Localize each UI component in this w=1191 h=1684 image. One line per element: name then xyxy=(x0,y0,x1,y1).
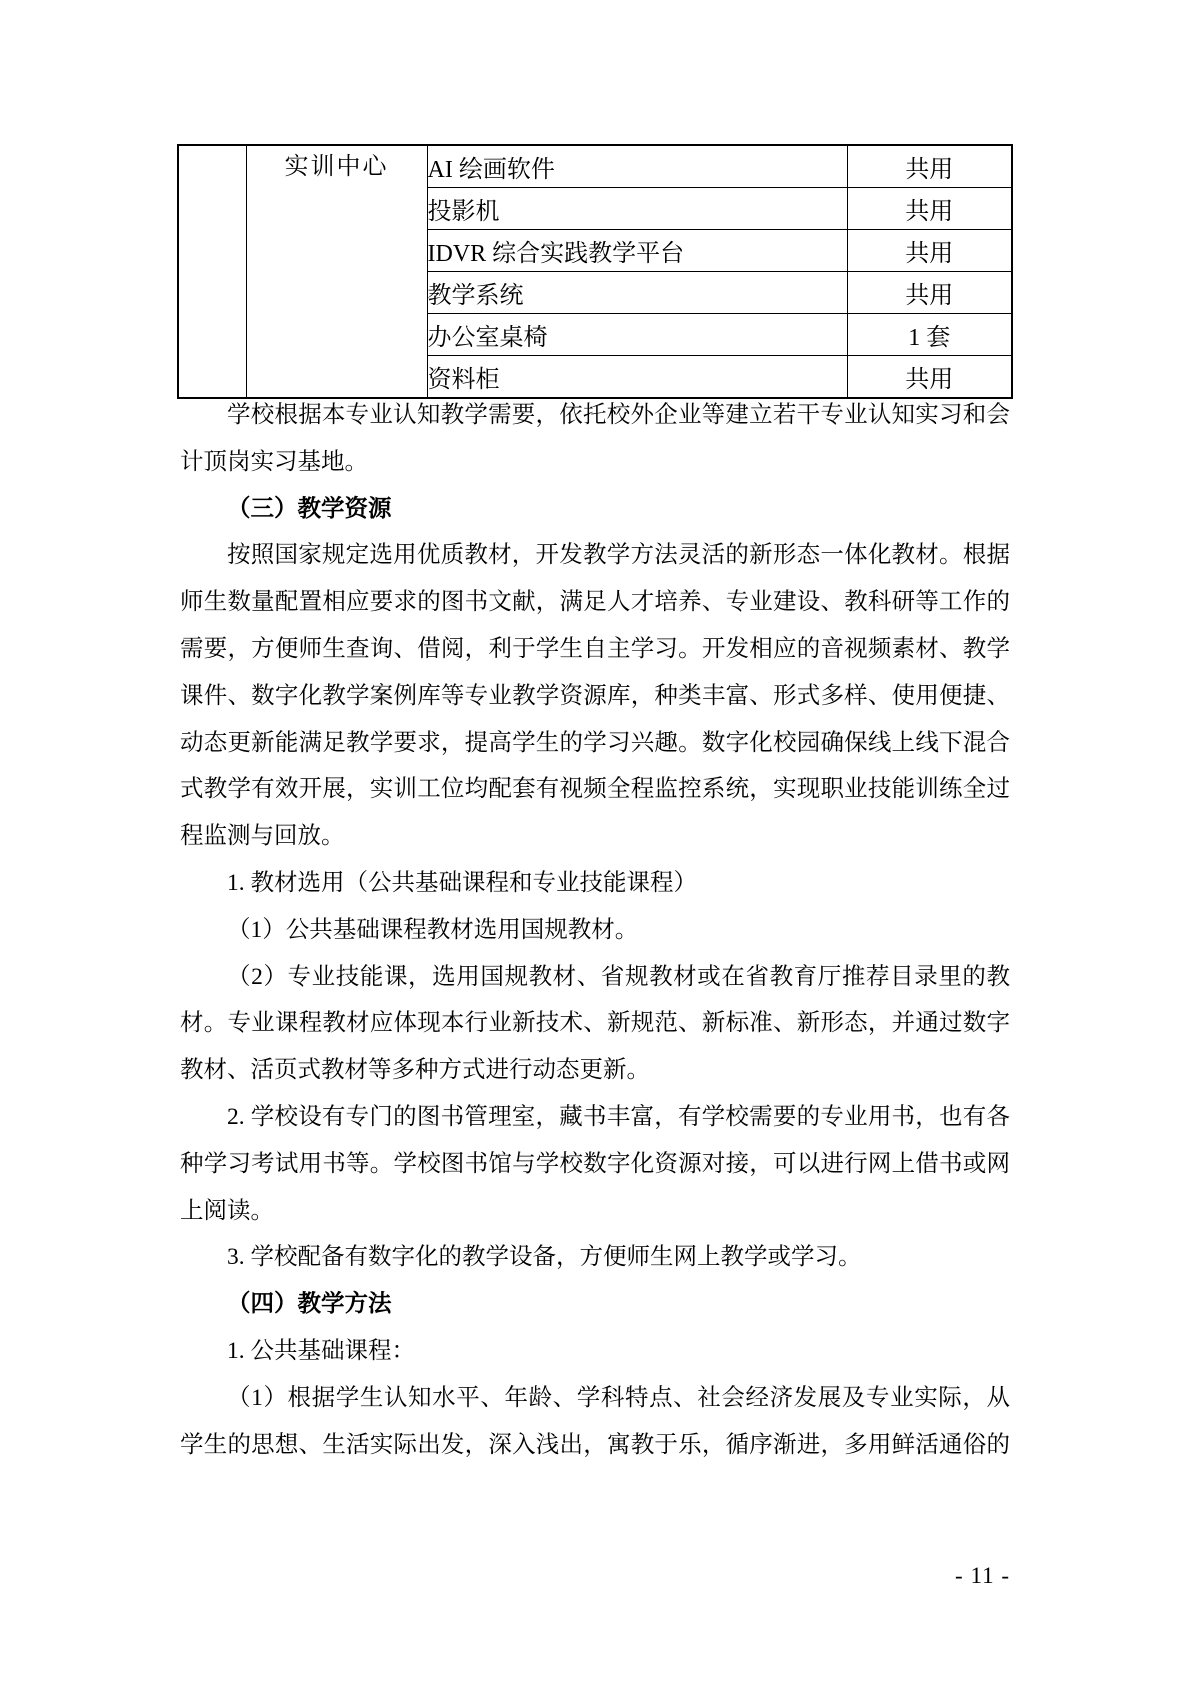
table-cell-item: 办公室桌椅 xyxy=(427,314,847,356)
paragraph-line: 动态更新能满足教学要求，提高学生的学习兴趣。数字化校园确保线上线下混合 xyxy=(180,720,1010,767)
paragraph-line: 上阅读。 xyxy=(180,1188,1010,1235)
table-row: 实训中心AI 绘画软件共用 xyxy=(178,145,1012,188)
paragraph-line: 程监测与回放。 xyxy=(180,813,1010,860)
table-cell-quantity: 1 套 xyxy=(847,314,1012,356)
table-cell-room-label: 实训中心 xyxy=(246,145,427,398)
list-item-1-1: （1）公共基础课程教材选用国规教材。 xyxy=(180,907,1010,954)
table-cell-item: IDVR 综合实践教学平台 xyxy=(427,230,847,272)
paragraph-line: 式教学有效开展，实训工位均配套有视频全程监控系统，实现职业技能训练全过 xyxy=(180,766,1010,813)
equipment-table-body: 实训中心AI 绘画软件共用投影机共用IDVR 综合实践教学平台共用教学系统共用办… xyxy=(178,145,1012,398)
section-heading-3: （三）教学资源 xyxy=(180,486,1010,533)
equipment-table: 实训中心AI 绘画软件共用投影机共用IDVR 综合实践教学平台共用教学系统共用办… xyxy=(177,144,1013,399)
table-cell-quantity: 共用 xyxy=(847,272,1012,314)
paragraph-line: 教材、活页式教材等多种方式进行动态更新。 xyxy=(180,1047,1010,1094)
paragraph-line: 师生数量配置相应要求的图书文献，满足人才培养、专业建设、教科研等工作的 xyxy=(180,579,1010,626)
paragraph-line: 课件、数字化教学案例库等专业教学资源库，种类丰富、形式多样、使用便捷、 xyxy=(180,673,1010,720)
paragraph-line: 按照国家规定选用优质教材，开发教学方法灵活的新形态一体化教材。根据 xyxy=(180,532,1010,579)
paragraph-line: 材。专业课程教材应体现本行业新技术、新规范、新标准、新形态，并通过数字 xyxy=(180,1000,1010,1047)
list-item-3: 3. 学校配备有数字化的教学设备，方便师生网上教学或学习。 xyxy=(180,1234,1010,1281)
paragraph-line: 学生的思想、生活实际出发，深入浅出，寓教于乐，循序渐进，多用鲜活通俗的 xyxy=(180,1422,1010,1469)
paragraph-line: 计顶岗实习基地。 xyxy=(180,439,1010,486)
paragraph-line: 学校根据本专业认知教学需要，依托校外企业等建立若干专业认知实习和会 xyxy=(180,392,1010,439)
page-number: - 11 - xyxy=(180,1560,1010,1592)
table-cell-quantity: 共用 xyxy=(847,188,1012,230)
list-item-2: 2. 学校设有专门的图书管理室，藏书丰富，有学校需要的专业用书，也有各 xyxy=(180,1094,1010,1141)
table-cell-empty xyxy=(178,145,246,398)
list-item-1b-1: （1）根据学生认知水平、年龄、学科特点、社会经济发展及专业实际，从 xyxy=(180,1375,1010,1422)
body-text: 学校根据本专业认知教学需要，依托校外企业等建立若干专业认知实习和会计顶岗实习基地… xyxy=(180,392,1010,1468)
table-cell-quantity: 共用 xyxy=(847,145,1012,188)
table-cell-item: 投影机 xyxy=(427,188,847,230)
list-item-1: 1. 教材选用（公共基础课程和专业技能课程） xyxy=(180,860,1010,907)
table-cell-item: 教学系统 xyxy=(427,272,847,314)
list-item-1-2: （2）专业技能课，选用国规教材、省规教材或在省教育厅推荐目录里的教 xyxy=(180,954,1010,1001)
section-heading-4: （四）教学方法 xyxy=(180,1281,1010,1328)
table-cell-item: AI 绘画软件 xyxy=(427,145,847,188)
paragraph-line: 种学习考试用书等。学校图书馆与学校数字化资源对接，可以进行网上借书或网 xyxy=(180,1141,1010,1188)
paragraph-line: 需要，方便师生查询、借阅，利于学生自主学习。开发相应的音视频素材、教学 xyxy=(180,626,1010,673)
document-page: { "document": { "page_number": "- 11 -" … xyxy=(0,0,1191,1684)
list-item-1b: 1. 公共基础课程： xyxy=(180,1328,1010,1375)
table-cell-quantity: 共用 xyxy=(847,230,1012,272)
